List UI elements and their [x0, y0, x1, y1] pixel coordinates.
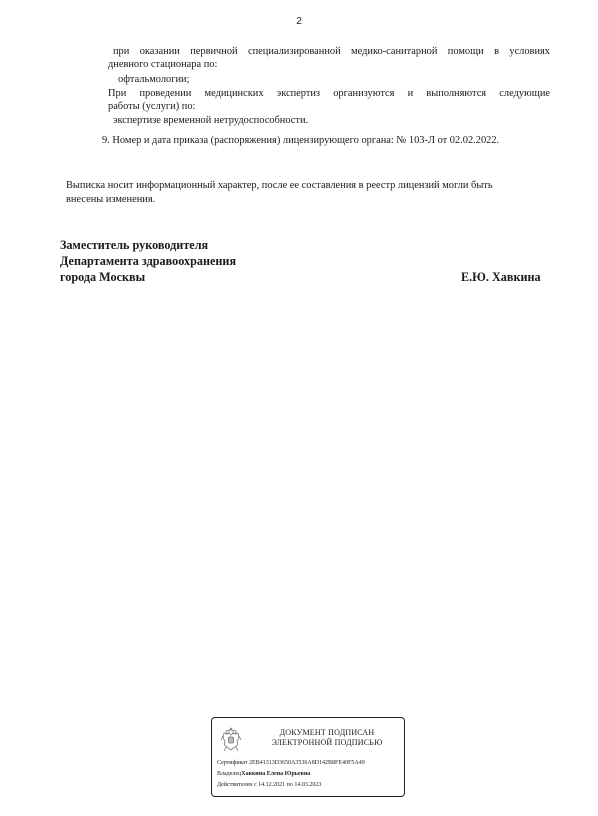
- signer-position-line-1: Заместитель руководителя: [60, 238, 208, 252]
- paragraph-expertise-cont: работы (услуги) по:: [108, 100, 195, 113]
- signer-position-line-3: города Москвы: [60, 270, 145, 284]
- service-item-ophthalmology: офтальмологии;: [118, 73, 190, 86]
- paragraph-expertise: При проведении медицинских экспертиз орг…: [108, 87, 550, 100]
- paragraph-day-hospital-cont: дневного стационара по:: [108, 58, 217, 71]
- validity-line: Действителен с 14.12.2021 по 14.03.2023: [217, 782, 321, 788]
- service-item-disability-expertise: экспертизе временной нетрудоспособности.: [113, 114, 308, 127]
- owner-label: Владелец: [217, 771, 241, 777]
- order-number-date: 9. Номер и дата приказа (распоряжения) л…: [102, 134, 499, 147]
- signer-position-line-2: Департамента здравоохранения: [60, 254, 236, 268]
- certificate-line: Сертификат 2EB41313D3650A3536A8D142B8FE4…: [217, 760, 365, 766]
- electronic-signature-stamp: ДОКУМЕНТ ПОДПИСАН ЭЛЕКТРОННОЙ ПОДПИСЬЮ С…: [211, 717, 405, 797]
- paragraph-day-hospital: при оказании первичной специализированно…: [113, 45, 550, 58]
- stamp-title-line-1: ДОКУМЕНТ ПОДПИСАН: [252, 728, 402, 738]
- certificate-label: Сертификат: [217, 760, 248, 766]
- stamp-title: ДОКУМЕНТ ПОДПИСАН ЭЛЕКТРОННОЙ ПОДПИСЬЮ: [252, 728, 402, 748]
- signer-name: Е.Ю. Хавкина: [461, 270, 541, 284]
- note-line-2: внесены изменения.: [66, 193, 155, 206]
- note-line-1: Выписка носит информационный характер, п…: [66, 179, 493, 192]
- coat-of-arms-icon: [220, 726, 242, 752]
- certificate-value: 2EB41313D3650A3536A8D142B8FE40F5A49: [249, 760, 365, 766]
- owner-value: Хавкина Елена Юрьевна: [241, 771, 310, 777]
- page-number: 2: [0, 16, 598, 27]
- stamp-title-line-2: ЭЛЕКТРОННОЙ ПОДПИСЬЮ: [252, 738, 402, 748]
- owner-line: ВладелецХавкина Елена Юрьевна: [217, 771, 310, 777]
